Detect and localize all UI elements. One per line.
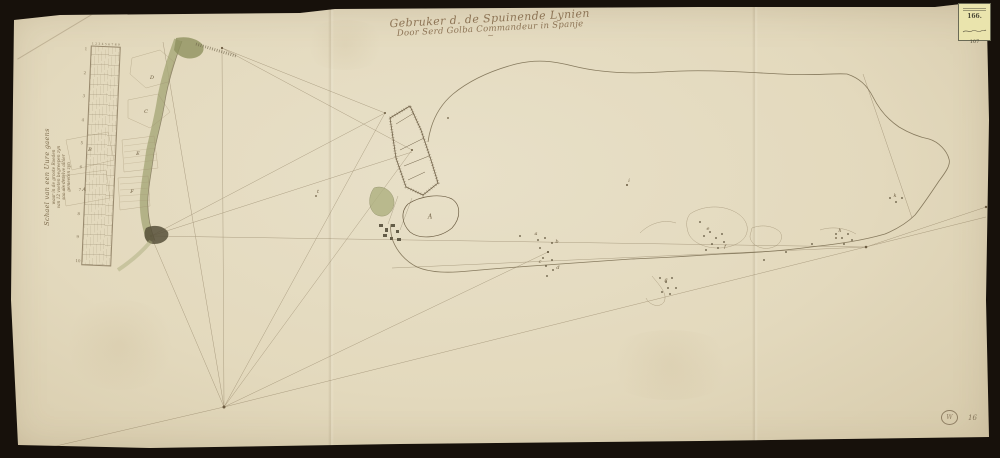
legend-note-line: gemeeten zyn [66,112,71,242]
map-drawing [0,0,1000,458]
west-coastline [118,37,236,270]
archive-sticker: 166. 107 [958,3,991,41]
scale-number: 7 [78,188,83,192]
scale-number: 6 [79,165,84,169]
sounding-dot-clusters [519,197,903,295]
survey-station-dots [150,47,987,409]
scale-number: 10 [75,259,80,263]
stamp-side-note: 16 [968,414,977,422]
sticker-number-bottom: 107 [961,39,988,45]
archive-stamp: W 16 [941,410,977,425]
village-cluster [379,224,401,241]
triangulation-lines [30,42,986,452]
legend-note-heading: Schael van een Uure gaens [43,112,51,242]
scale-top-numbers: 1 2 3 4 5 6 7 8 9 10 [92,41,120,46]
east-coastline-loop [391,61,950,272]
scale-number: 9 [76,235,81,239]
fort-drawing [370,106,459,237]
stamp-circle: W [941,410,958,425]
scale-number: 8 [77,212,82,216]
scale-number: 3 [83,94,88,98]
terrain-contours [640,207,856,306]
sticker-rule [963,10,986,11]
scale-number: 4 [81,118,86,122]
sticker-number-top: 166. [961,13,988,20]
scale-number: 2 [84,71,89,75]
scale-number: 1 [85,47,90,51]
sticker-rule [963,8,986,9]
map-paper-sheet: Gebruker d. de Spuinende Lynien Door Ser… [0,0,1000,458]
sticker-handwriting [961,27,988,35]
scale-number: 5 [80,141,85,145]
scanned-map-photo: Gebruker d. de Spuinende Lynien Door Ser… [0,0,1000,458]
